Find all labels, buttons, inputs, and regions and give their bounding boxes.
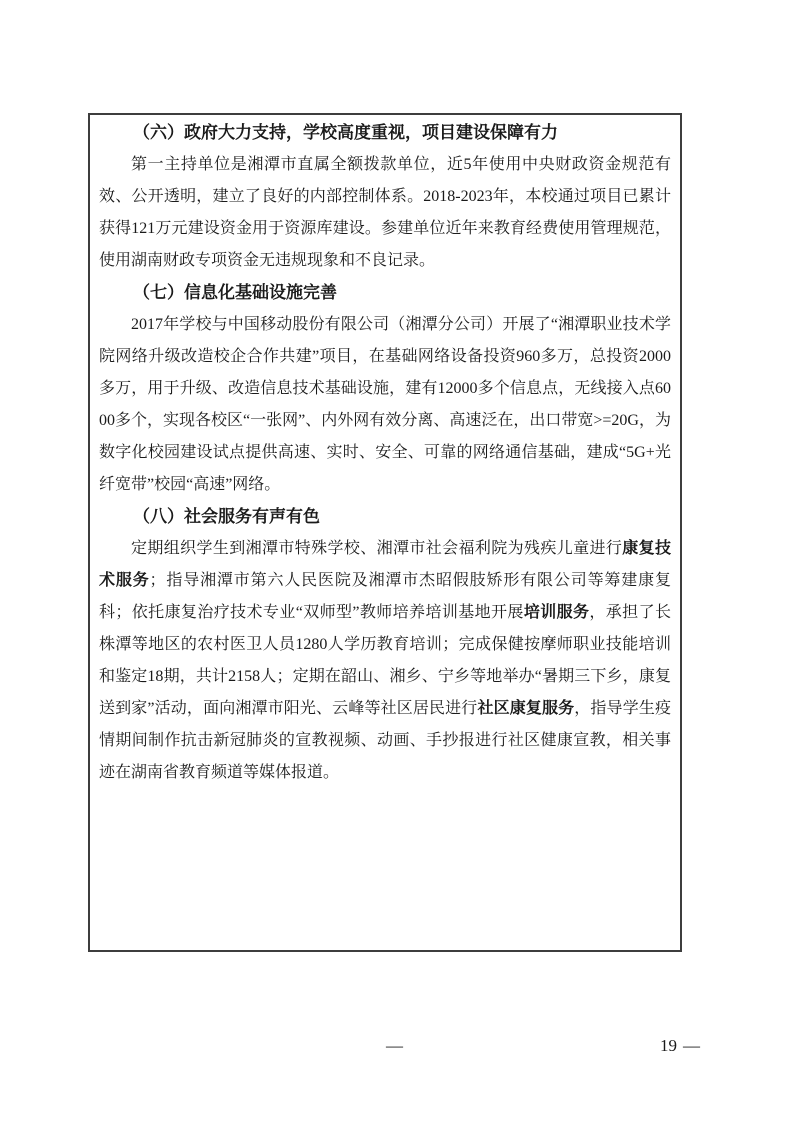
bold-text-run: 社区康复服务: [477, 700, 574, 717]
section-6: （六）政府大力支持，学校高度重视，项目建设保障有力 第一主持单位是湘潭市直属全额…: [99, 117, 671, 277]
section-6-heading: （六）政府大力支持，学校高度重视，项目建设保障有力: [99, 117, 671, 149]
text-run: 第一主持单位是湘潭市直属全额拨款单位，近5年使用中央财政资金规范有效、公开透明，…: [99, 156, 671, 269]
section-7: （七）信息化基础设施完善 2017年学校与中国移动股份有限公司（湘潭分公司）开展…: [99, 277, 671, 501]
section-6-paragraph: 第一主持单位是湘潭市直属全额拨款单位，近5年使用中央财政资金规范有效、公开透明，…: [99, 149, 671, 277]
section-8-paragraph: 定期组织学生到湘潭市特殊学校、湘潭市社会福利院为残疾儿童进行康复技术服务；指导湘…: [99, 533, 671, 789]
section-7-paragraph: 2017年学校与中国移动股份有限公司（湘潭分公司）开展了“湘潭职业技术学院网络升…: [99, 309, 671, 501]
section-8: （八）社会服务有声有色 定期组织学生到湘潭市特殊学校、湘潭市社会福利院为残疾儿童…: [99, 501, 671, 789]
footer-page-number: 19: [660, 1036, 677, 1055]
footer-page-number-group: 19—: [660, 1036, 700, 1056]
document-page: （六）政府大力支持，学校高度重视，项目建设保障有力 第一主持单位是湘潭市直属全额…: [0, 0, 793, 1122]
content-border-box: （六）政府大力支持，学校高度重视，项目建设保障有力 第一主持单位是湘潭市直属全额…: [88, 113, 682, 952]
footer-right-dash: —: [683, 1036, 700, 1055]
text-run: 定期组织学生到湘潭市特殊学校、湘潭市社会福利院为残疾儿童进行: [131, 540, 622, 557]
bold-text-run: 培训服务: [524, 604, 590, 621]
text-run: 2017年学校与中国移动股份有限公司（湘潭分公司）开展了“湘潭职业技术学院网络升…: [99, 316, 671, 493]
section-8-heading: （八）社会服务有声有色: [99, 501, 671, 533]
section-7-heading: （七）信息化基础设施完善: [99, 277, 671, 309]
footer-center-dash: —: [386, 1036, 403, 1056]
